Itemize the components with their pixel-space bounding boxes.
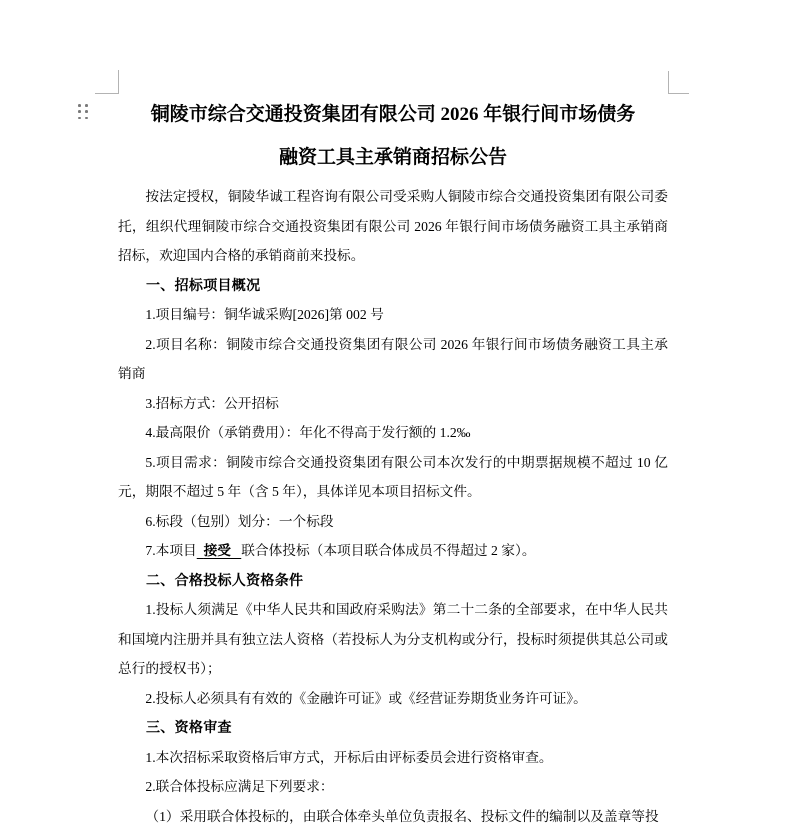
text-boundary-mark-top-right — [668, 71, 689, 94]
item7-gap1 — [197, 543, 204, 558]
item-qualification-2: 2.投标人必须具有有效的《金融许可证》或《经营证券期货业务许可证》。 — [118, 684, 668, 714]
paragraph-intro: 按法定授权，铜陵华诚工程咨询有限公司受采购人铜陵市综合交通投资集团有限公司委托，… — [118, 182, 668, 271]
item-max-price: 4.最高限价（承销费用）：年化不得高于发行额的 1.2‰ — [118, 418, 668, 448]
item-review-2: 2.联合体投标应满足下列要求： — [118, 772, 668, 802]
heading-section-2: 二、合格投标人资格条件 — [118, 566, 668, 596]
item-review-2-sub1: （1）采用联合体投标的，由联合体牵头单位负责报名、投标文件的编制以及盖章等投 — [118, 802, 668, 831]
item-bidding-method: 3.招标方式：公开招标 — [118, 389, 668, 419]
drag-handle-icon[interactable] — [78, 104, 88, 119]
document-title-line1: 铜陵市综合交通投资集团有限公司 2026 年银行间市场债务 — [151, 104, 636, 125]
document-title: 铜陵市综合交通投资集团有限公司 2026 年银行间市场债务融资工具主承销商招标公… — [118, 93, 668, 179]
document-page: 铜陵市综合交通投资集团有限公司 2026 年银行间市场债务融资工具主承销商招标公… — [0, 0, 790, 831]
item-review-1: 1.本次招标采取资格后审方式，开标后由评标委员会进行资格审查。 — [118, 743, 668, 773]
text-boundary-mark-top-left — [95, 70, 119, 94]
item7-prefix: 7.本项目 — [145, 543, 196, 558]
heading-section-3: 三、资格审查 — [118, 713, 668, 743]
item7-suffix: 联合体投标（本项目联合体成员不得超过 2 家）。 — [241, 543, 535, 558]
item7-accept-underlined: 接受 — [197, 543, 242, 558]
item-project-name: 2.项目名称：铜陵市综合交通投资集团有限公司 2026 年银行间市场债务融资工具… — [118, 330, 668, 389]
item-project-demand: 5.项目需求：铜陵市综合交通投资集团有限公司本次发行的中期票据规模不超过 10 … — [118, 448, 668, 507]
document-body: 按法定授权，铜陵华诚工程咨询有限公司受采购人铜陵市综合交通投资集团有限公司委托，… — [118, 182, 668, 831]
item-consortium-accept: 7.本项目 接受 联合体投标（本项目联合体成员不得超过 2 家）。 — [118, 536, 668, 566]
heading-section-1: 一、招标项目概况 — [118, 271, 668, 301]
item7-gap2 — [231, 543, 241, 558]
item-lot-division: 6.标段（包别）划分：一个标段 — [118, 507, 668, 537]
item-project-number: 1.项目编号：铜华诚采购[2026]第 002 号 — [118, 300, 668, 330]
document-content: 铜陵市综合交通投资集团有限公司 2026 年银行间市场债务融资工具主承销商招标公… — [118, 93, 668, 831]
item-qualification-1: 1.投标人须满足《中华人民共和国政府采购法》第二十二条的全部要求，在中华人民共和… — [118, 595, 668, 684]
item7-accept-word: 接受 — [204, 543, 231, 558]
document-title-line2: 融资工具主承销商招标公告 — [279, 147, 507, 168]
